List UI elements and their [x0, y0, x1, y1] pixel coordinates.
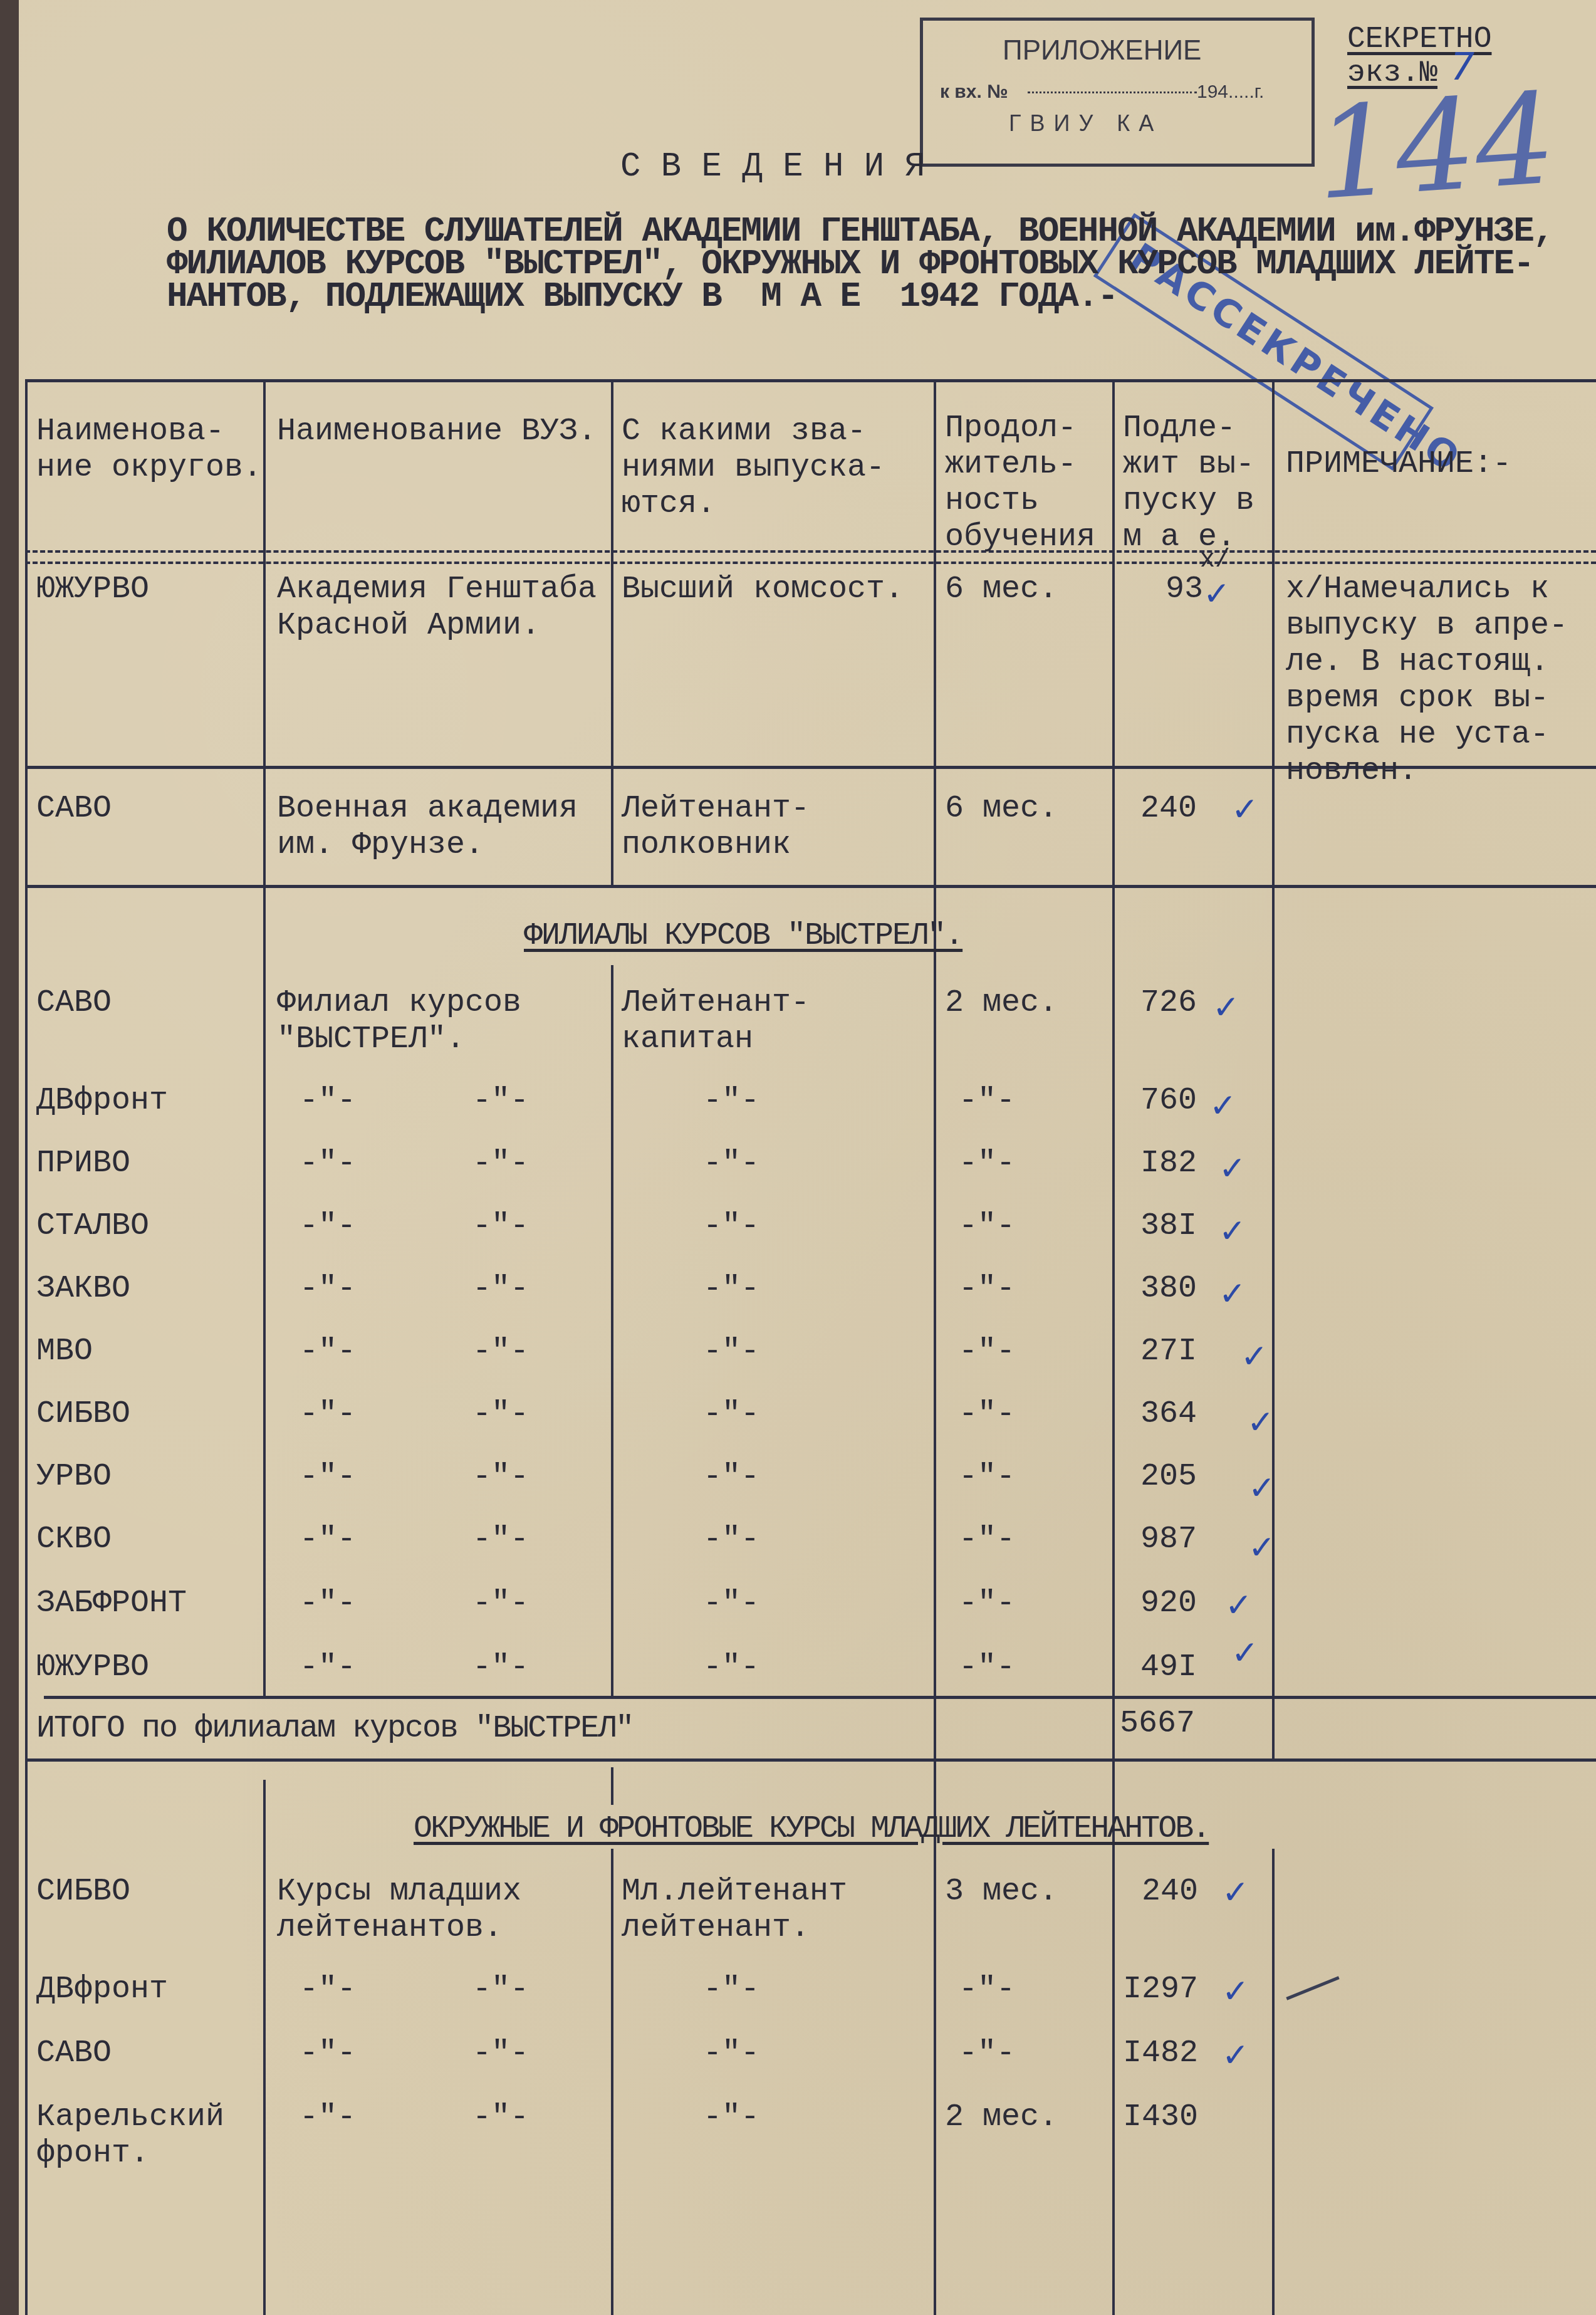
ditto-mark: -"- — [472, 1083, 529, 1119]
section-title-vystrel: ФИЛИАЛЫ КУРСОВ "ВЫСТРЕЛ". — [524, 918, 962, 954]
ditto-mark: -"- — [959, 1649, 1015, 1686]
header-double-rule — [25, 550, 1596, 564]
ditto-mark: -"- — [472, 2099, 529, 2136]
district-cell: САВО — [36, 985, 112, 1022]
check-mark-icon: ✓ — [1247, 1404, 1275, 1441]
column-divider-2 — [611, 382, 613, 887]
intake-stamp-org: ГВИУ КА — [1009, 105, 1162, 142]
ditto-mark: -"- — [472, 1972, 529, 2008]
check-mark-icon: ✓ — [1222, 2037, 1249, 2074]
district-cell: СИБВО — [36, 1874, 130, 1910]
check-mark-icon: ✓ — [1248, 1470, 1276, 1507]
ditto-mark: -"- — [959, 1208, 1015, 1245]
total-label: ИТОГО по филиалам курсов "ВЫСТРЕЛ" — [36, 1711, 633, 1747]
district-cell: САВО — [36, 791, 112, 827]
intake-stamp-dotted-line — [1028, 91, 1197, 93]
district-cell: ЮЖУРВО — [36, 1649, 149, 1686]
ditto-mark: -"- — [300, 1396, 356, 1433]
check-mark-icon: ✓ — [1241, 1338, 1268, 1376]
column-header-note: ПРИМЕЧАНИЕ:- — [1286, 446, 1511, 483]
duration-cell: 2 мес. — [945, 985, 1058, 1022]
ditto-mark: -"- — [300, 1334, 356, 1370]
district-cell: СИБВО — [36, 1396, 130, 1433]
ditto-mark: -"- — [703, 1334, 759, 1370]
institution-cell: Военная академия им. Фрунзе. — [277, 791, 578, 864]
ditto-mark: -"- — [703, 1972, 759, 2008]
check-mark-icon: ✓ — [1231, 791, 1259, 828]
rank-cell: Высший комсост. — [622, 572, 904, 608]
check-mark-icon: ✓ — [1219, 1150, 1246, 1188]
ditto-mark: -"- — [703, 1522, 759, 1558]
check-mark-icon: ✓ — [1231, 1634, 1259, 1672]
check-mark-icon: ✓ — [1222, 1973, 1249, 2010]
column-divider-1b — [263, 1780, 266, 2315]
district-cell: САВО — [36, 2035, 112, 2072]
ditto-mark: -"- — [472, 1396, 529, 1433]
check-mark-icon: ✓ — [1209, 1087, 1237, 1125]
intake-stamp-number: к вх. № — [940, 74, 1008, 110]
ditto-mark: -"- — [472, 2035, 529, 2072]
institution-cell: Филиал курсов "ВЫСТРЕЛ". — [277, 985, 521, 1058]
rank-cell: Мл.лейтенант лейтенант. — [622, 1874, 847, 1947]
ditto-mark: -"- — [300, 1083, 356, 1119]
graduates-cell: 205 — [1140, 1459, 1197, 1495]
ditto-mark: -"- — [472, 1522, 529, 1558]
ditto-mark: -"- — [472, 1208, 529, 1245]
ditto-mark: -"- — [300, 1146, 356, 1182]
graduates-cell: 726 — [1140, 985, 1197, 1022]
graduates-cell: I430 — [1123, 2099, 1198, 2136]
ditto-mark: -"- — [703, 1083, 759, 1119]
district-cell: СТАЛВО — [36, 1208, 149, 1245]
ditto-mark: -"- — [703, 1649, 759, 1686]
document-subtitle-line-3: НАНТОВ, ПОДЛЕЖАЩИХ ВЫПУСКУ В М А Е 1942 … — [167, 278, 1117, 315]
check-mark-icon: ✓ — [1225, 1587, 1253, 1624]
ditto-mark: -"- — [300, 1522, 356, 1558]
note-cell: х/Намечались к выпуску в апре- ле. В нас… — [1286, 572, 1568, 790]
district-cell: МВО — [36, 1334, 93, 1370]
ditto-mark: -"- — [300, 1208, 356, 1245]
duration-cell: 6 мес. — [945, 572, 1058, 608]
ditto-mark: -"- — [472, 1146, 529, 1182]
graduates-cell: 240 — [1142, 1874, 1198, 1910]
graduates-cell: 93 — [1166, 572, 1203, 608]
graduates-cell: I297 — [1123, 1972, 1198, 2008]
ditto-mark: -"- — [959, 1396, 1015, 1433]
handwritten-registration-mark: 144 — [1312, 73, 1559, 221]
district-cell: ЗАКВО — [36, 1271, 130, 1307]
duration-cell: 3 мес. — [945, 1874, 1058, 1910]
rank-cell: Лейтенант- полковник — [622, 791, 810, 864]
district-cell: ДВфронт — [36, 1083, 168, 1119]
ditto-mark: -"- — [703, 1586, 759, 1622]
district-cell: СКВО — [36, 1522, 112, 1558]
ditto-mark: -"- — [959, 1083, 1015, 1119]
ditto-mark: -"- — [300, 2099, 356, 2136]
graduates-cell: 38I — [1140, 1208, 1197, 1245]
ditto-mark: -"- — [300, 1649, 356, 1686]
table-top-rule — [25, 379, 1596, 382]
ditto-mark: -"- — [300, 1586, 356, 1622]
column-divider-2c — [611, 1767, 613, 1805]
row-rule-4 — [25, 1758, 1596, 1762]
graduates-cell: I482 — [1123, 2035, 1198, 2072]
duration-cell: 6 мес. — [945, 791, 1058, 827]
institution-cell: Академия Генштаба Красной Армии. — [277, 572, 597, 644]
check-mark-icon: ✓ — [1219, 1275, 1246, 1313]
section-title-junior-courses: ОКРУЖНЫЕ И ФРОНТОВЫЕ КУРСЫ МЛАДШИХ ЛЕЙТЕ… — [414, 1811, 1209, 1847]
graduates-cell: 49I — [1140, 1649, 1197, 1686]
ditto-mark: -"- — [472, 1334, 529, 1370]
duration-cell: -"- — [959, 1972, 1015, 2008]
ditto-mark: -"- — [300, 1459, 356, 1495]
ditto-mark: -"- — [703, 1208, 759, 1245]
intake-stamp-title: ПРИЛОЖЕНИЕ — [1003, 33, 1201, 69]
pencil-dash-mark — [1286, 1976, 1339, 2000]
graduates-cell: 364 — [1140, 1396, 1197, 1433]
graduates-cell: 987 — [1140, 1522, 1197, 1558]
document-title: С В Е Д Е Н И Я — [620, 149, 925, 186]
column-header-rank: С какими зва- ниями выпуска- ются. — [622, 414, 885, 523]
district-cell: УРВО — [36, 1459, 112, 1495]
column-divider-2b — [611, 965, 613, 1698]
graduates-cell: 240 — [1140, 791, 1197, 827]
row-rule-3 — [44, 1696, 1596, 1699]
ditto-mark: -"- — [703, 1396, 759, 1433]
ditto-mark: -"- — [703, 2035, 759, 2072]
check-mark-icon: ✓ — [1222, 1874, 1249, 1911]
ditto-mark: -"- — [959, 1522, 1015, 1558]
graduates-cell: 760 — [1140, 1083, 1197, 1119]
column-divider-5b — [1272, 1849, 1275, 2315]
ditto-mark: -"- — [472, 1586, 529, 1622]
check-mark-icon: ✓ — [1219, 1213, 1246, 1250]
table-left-border — [25, 382, 28, 2315]
check-mark-icon: ✓ — [1248, 1529, 1276, 1567]
column-divider-4 — [1112, 382, 1115, 2315]
ditto-mark: -"- — [959, 1271, 1015, 1307]
ditto-mark: -"- — [703, 2099, 759, 2136]
graduates-cell: 27I — [1140, 1334, 1197, 1370]
graduates-cell: 380 — [1140, 1271, 1197, 1307]
ditto-mark: -"- — [472, 1459, 529, 1495]
ditto-mark: -"- — [959, 1459, 1015, 1495]
district-cell: ЮЖУРВО — [36, 572, 149, 608]
ditto-mark: -"- — [472, 1649, 529, 1686]
column-header-district: Наименова- ние округов. — [36, 414, 262, 486]
duration-cell: 2 мес. — [945, 2099, 1058, 2136]
district-cell: ДВфронт — [36, 1972, 168, 2008]
rank-cell: Лейтенант- капитан — [622, 985, 810, 1058]
document-page: ПРИЛОЖЕНИЕ к вх. № 194.....г. ГВИУ КА СЕ… — [19, 0, 1596, 2315]
column-header-graduates: Подле- жит вы- пуску в м а е. — [1123, 410, 1254, 556]
ditto-mark: -"- — [703, 1146, 759, 1182]
ditto-mark: -"- — [959, 1334, 1015, 1370]
column-divider-1 — [263, 382, 266, 1698]
footnote-mark: х/ — [1200, 543, 1230, 579]
ditto-mark: -"- — [703, 1459, 759, 1495]
ditto-mark: -"- — [300, 1271, 356, 1307]
column-header-institution: Наименование ВУЗ. — [277, 414, 597, 450]
check-mark-icon: ✓ — [1203, 575, 1231, 613]
column-divider-2d — [611, 1849, 613, 2315]
column-header-duration: Продол- житель- ность обучения — [945, 410, 1095, 556]
column-divider-3 — [934, 382, 936, 2315]
check-mark-icon: ✓ — [1213, 989, 1240, 1027]
district-cell: Карельский фронт. — [36, 2099, 224, 2172]
institution-cell: Курсы младших лейтенантов. — [277, 1874, 521, 1947]
ditto-mark: -"- — [472, 1271, 529, 1307]
intake-stamp-year: 194.....г. — [1197, 74, 1264, 110]
total-value: 5667 — [1120, 1706, 1195, 1742]
row-rule-2 — [25, 885, 1596, 888]
graduates-cell: I82 — [1140, 1146, 1197, 1182]
graduates-cell: 920 — [1140, 1586, 1197, 1622]
ditto-mark: -"- — [300, 1972, 356, 2008]
district-cell: ПРИВО — [36, 1146, 130, 1182]
duration-cell: -"- — [959, 2035, 1015, 2072]
district-cell: ЗАБФРОНТ — [36, 1586, 187, 1622]
ditto-mark: -"- — [959, 1586, 1015, 1622]
ditto-mark: -"- — [300, 2035, 356, 2072]
ditto-mark: -"- — [959, 1146, 1015, 1182]
ditto-mark: -"- — [703, 1271, 759, 1307]
